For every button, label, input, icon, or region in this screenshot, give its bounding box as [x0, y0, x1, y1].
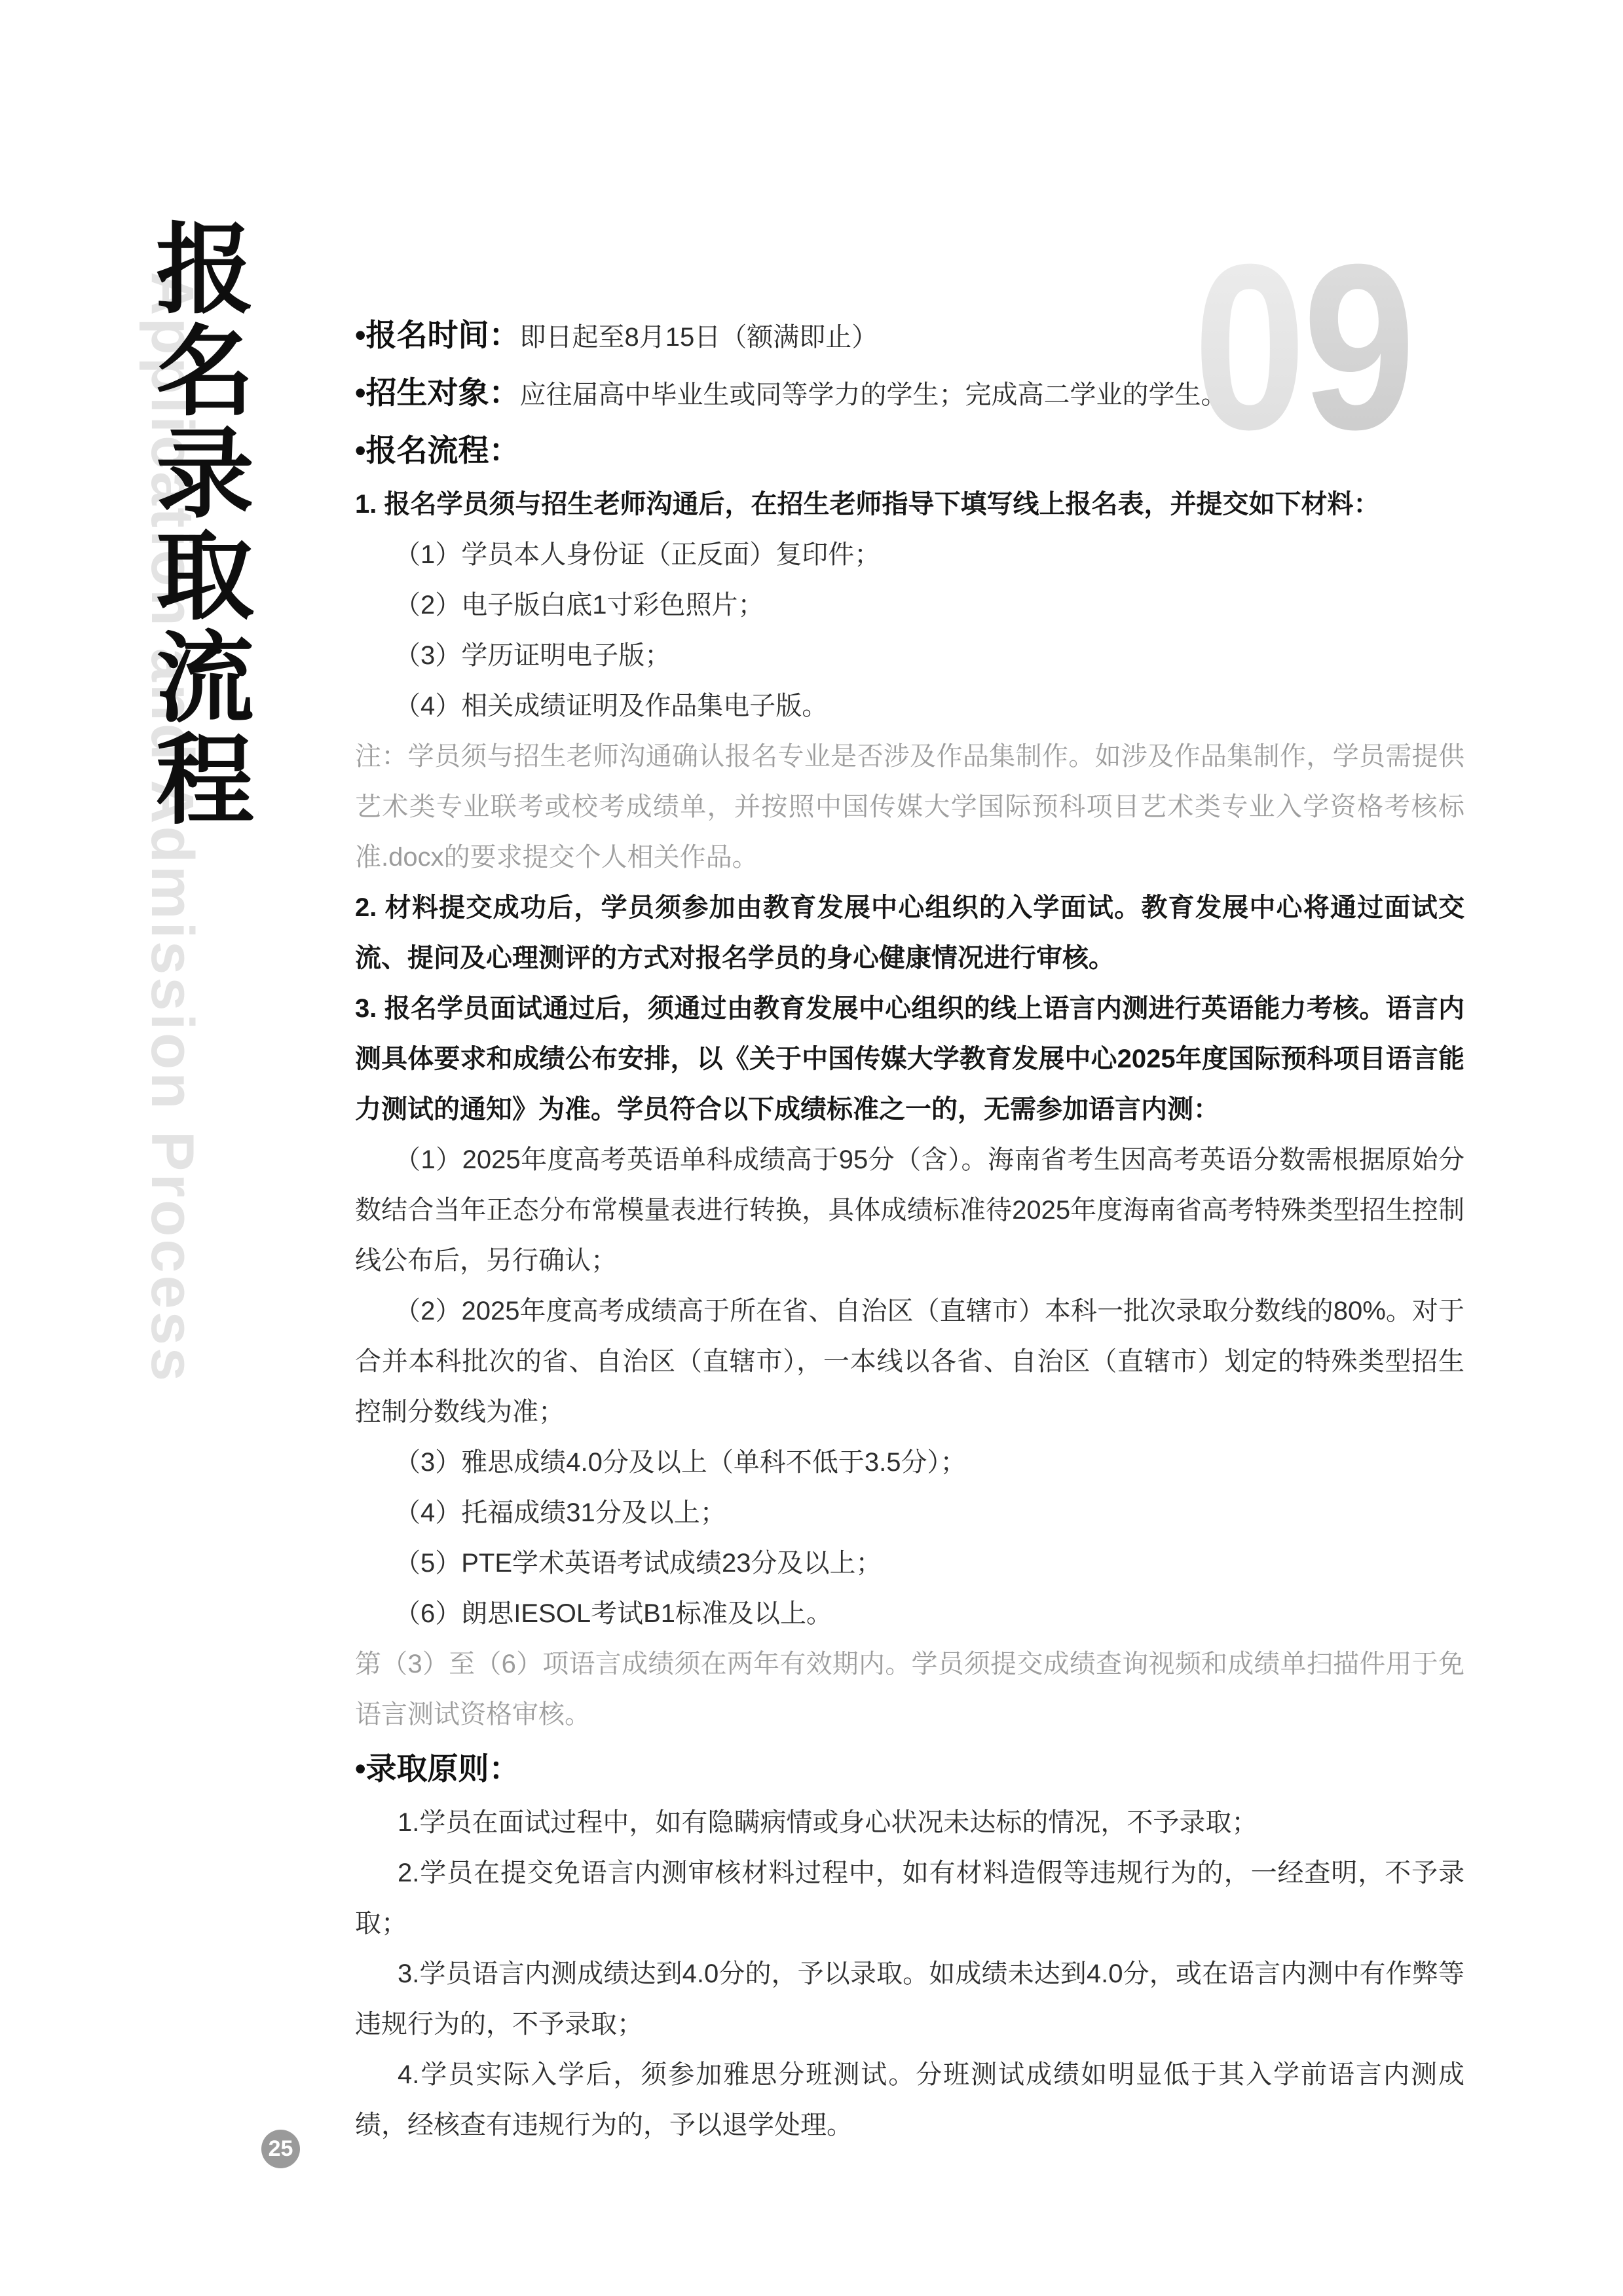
step1-paragraph: 1. 报名学员须与招生老师沟通后，在招生老师指导下填写线上报名表，并提交如下材料…	[355, 479, 1464, 530]
page-number-badge: 25	[261, 2130, 300, 2168]
criteria-item: （6）朗思IESOL考试B1标准及以上。	[355, 1589, 1464, 1639]
principle-item: 3.学员语言内测成绩达到4.0分的，予以录取。如成绩未达到4.0分，或在语言内测…	[355, 1949, 1464, 2050]
material-item: （1）学员本人身份证（正反面）复印件；	[355, 530, 1464, 580]
application-time-row: •报名时间： 即日起至8月15日（额满即止）	[355, 306, 1464, 364]
content-column: •报名时间： 即日起至8月15日（额满即止） •招生对象： 应往届高中毕业生或同…	[355, 306, 1464, 2151]
brochure-page: 09 Application and Admission Process 报名录…	[0, 0, 1623, 2296]
portfolio-note: 注：学员须与招生老师沟通确认报名专业是否涉及作品集制作。如涉及作品集制作，学员需…	[355, 731, 1464, 883]
criteria-item: （5）PTE学术英语考试成绩23分及以上；	[355, 1538, 1464, 1589]
application-time-value: 即日起至8月15日（额满即止）	[519, 316, 878, 354]
page-title: 报名录取流程	[134, 217, 259, 830]
process-header-row: •报名流程：	[355, 422, 1464, 479]
validity-note: 第（3）至（6）项语言成绩须在两年有效期内。学员须提交成绩查询视频和成绩单扫描件…	[355, 1639, 1464, 1740]
criteria-item: （3）雅思成绩4.0分及以上（单科不低于3.5分）；	[355, 1437, 1464, 1488]
criteria-item: （4）托福成绩31分及以上；	[355, 1488, 1464, 1538]
target-students-label: •招生对象：	[355, 364, 519, 422]
target-students-value: 应往届高中毕业生或同等学力的学生；完成高二学业的学生。	[519, 374, 1227, 411]
target-students-row: •招生对象： 应往届高中毕业生或同等学力的学生；完成高二学业的学生。	[355, 364, 1464, 422]
material-item: （2）电子版白底1寸彩色照片；	[355, 580, 1464, 631]
admission-header-row: •录取原则：	[355, 1740, 1464, 1798]
material-item: （4）相关成绩证明及作品集电子版。	[355, 681, 1464, 731]
principle-item: 2.学员在提交免语言内测审核材料过程中，如有材料造假等违规行为的，一经查明，不予…	[355, 1848, 1464, 1949]
application-time-label: •报名时间：	[355, 306, 519, 364]
step2-paragraph: 2. 材料提交成功后，学员须参加由教育发展中心组织的入学面试。教育发展中心将通过…	[355, 883, 1464, 984]
step3-paragraph: 3. 报名学员面试通过后，须通过由教育发展中心组织的线上语言内测进行英语能力考核…	[355, 984, 1464, 1135]
principle-item: 1.学员在面试过程中，如有隐瞒病情或身心状况未达标的情况，不予录取；	[355, 1798, 1464, 1848]
material-item: （3）学历证明电子版；	[355, 631, 1464, 681]
principle-item: 4.学员实际入学后，须参加雅思分班测试。分班测试成绩如明显低于其入学前语言内测成…	[355, 2050, 1464, 2151]
page-number: 25	[269, 2136, 293, 2162]
criteria-item: （1）2025年度高考英语单科成绩高于95分（含）。海南省考生因高考英语分数需根…	[355, 1135, 1464, 1286]
admission-header-label: •录取原则：	[355, 1740, 519, 1798]
criteria-item: （2）2025年度高考成绩高于所在省、自治区（直辖市）本科一批次录取分数线的80…	[355, 1286, 1464, 1437]
process-header-label: •报名流程：	[355, 422, 519, 479]
